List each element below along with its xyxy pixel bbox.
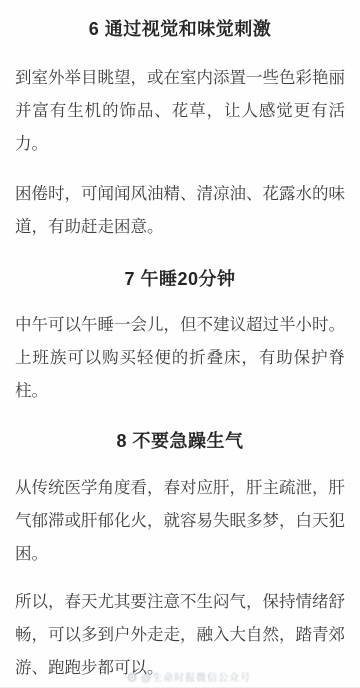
watermark-text: @生命时报微信公众号 (141, 669, 251, 684)
section-heading-7: 7 午睡20分钟 (15, 266, 345, 292)
section-heading-8: 8 不要急躁生气 (15, 428, 345, 454)
paragraph: 困倦时，可闻闻风油精、清凉油、花露水的味道，有助赶走困意。 (15, 178, 345, 244)
paragraph: 中午可以午睡一会儿，但不建议超过半小时。上班族可以购买轻便的折叠床，有助保护脊柱… (15, 309, 345, 408)
article-page: 6 通过视觉和味觉刺激 到室外举目眺望，或在室内添置一些色彩艳丽并富有生机的饰品… (0, 0, 360, 688)
section-heading-6: 6 通过视觉和味觉刺激 (15, 16, 345, 42)
paragraph: 从传统医学角度看，春对应肝，肝主疏泄，肝气郁滞或肝郁化火，就容易失眠多梦，白天犯… (15, 472, 345, 571)
watermark: @生命时报微信公众号 (127, 669, 251, 684)
weibo-logo-icon (127, 671, 138, 682)
paragraph: 到室外举目眺望，或在室内添置一些色彩艳丽并富有生机的饰品、花草，让人感觉更有活力… (15, 62, 345, 161)
